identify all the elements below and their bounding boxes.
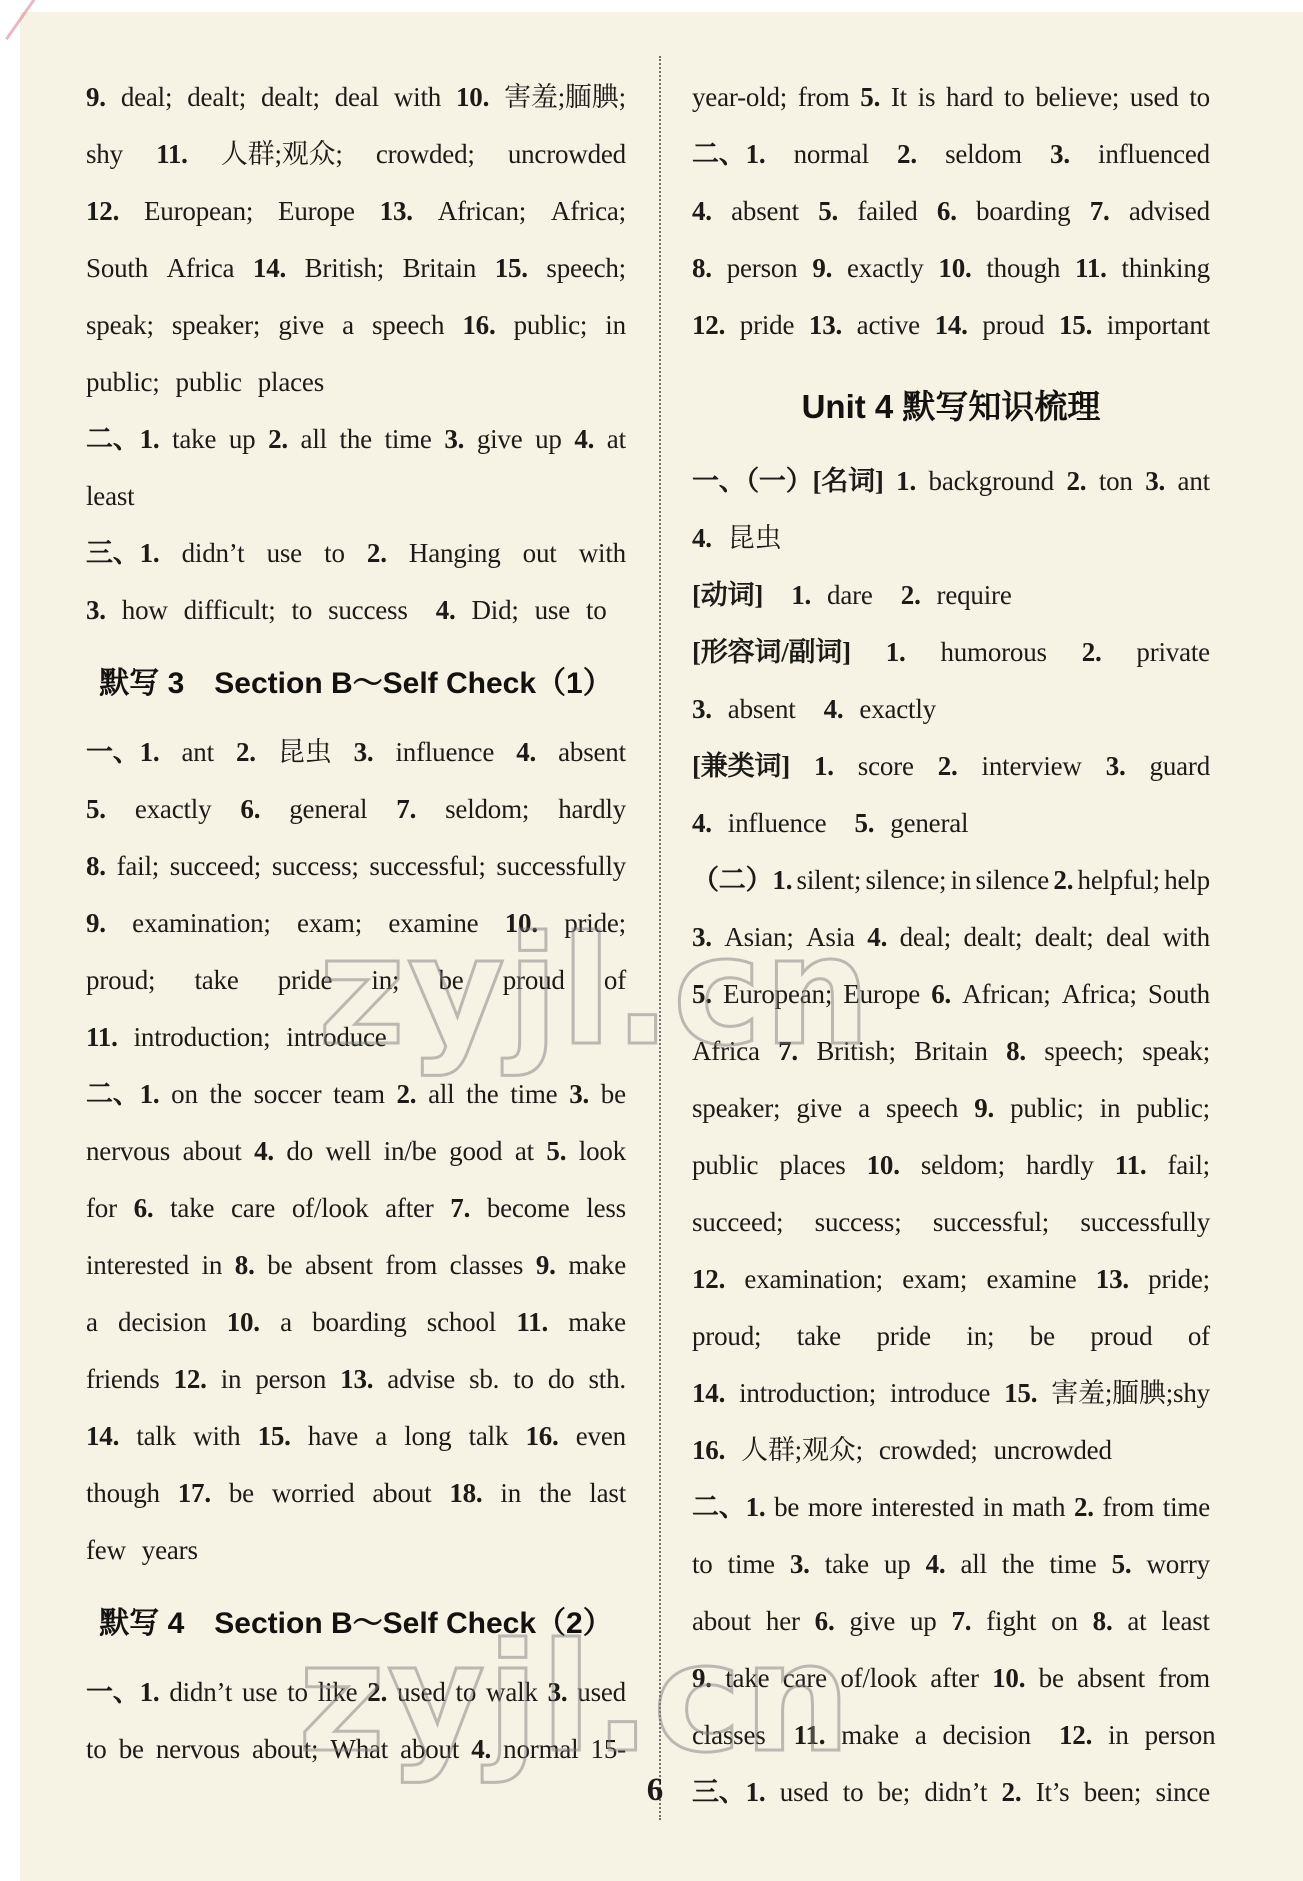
text-line: 9. examination; exam; examine 10. pride;	[86, 895, 626, 952]
word: crowded;	[879, 1435, 978, 1465]
word: active	[857, 297, 920, 354]
word: ant	[182, 724, 214, 781]
word: influence	[395, 724, 494, 781]
word: her	[766, 1593, 800, 1650]
item-number: 12.	[692, 1251, 725, 1308]
word: take	[725, 1650, 769, 1707]
right-column: year-old; from 5. It is hard to believe;…	[692, 69, 1210, 1821]
item-number: 10.	[867, 1137, 900, 1194]
text-line: 8. person 9. exactly 10. though 11. thin…	[692, 240, 1210, 297]
text-line: 14. introduction; introduce 15. 害羞;腼腆;sh…	[692, 1365, 1210, 1422]
item-number: 二、1.	[86, 411, 159, 468]
item-number: 7.	[450, 1180, 470, 1237]
word: Britain	[914, 1023, 988, 1080]
word: give	[796, 1080, 842, 1137]
word: boarding	[976, 183, 1070, 240]
word: seldom;	[921, 1137, 1005, 1194]
word: ton	[1099, 453, 1133, 510]
text-line: shy 11. 人群;观众; crowded; uncrowded	[86, 126, 626, 183]
item-number: 13.	[340, 1351, 373, 1408]
item-number: 11.	[516, 1294, 548, 1351]
item-number: 二、1.	[86, 1066, 159, 1123]
item-number: 16.	[462, 297, 495, 354]
item-number: 8.	[1006, 1023, 1026, 1080]
word: Europe	[843, 966, 920, 1023]
item-number: 1.	[896, 453, 916, 510]
word: private	[1136, 624, 1210, 681]
word: worry	[1146, 1536, 1209, 1593]
word: make	[568, 1237, 626, 1294]
word: all	[428, 1066, 454, 1123]
word: absent	[305, 1237, 373, 1294]
word: pride	[278, 952, 332, 1009]
item-number: 12.	[86, 183, 119, 240]
word: be	[229, 1465, 254, 1522]
word: didn’t	[182, 525, 245, 582]
word: examine	[388, 895, 478, 952]
item-number: 14.	[253, 240, 286, 297]
word: up	[535, 411, 562, 468]
item-number: 5.	[818, 183, 838, 240]
word: hard	[946, 69, 993, 126]
word: be	[1039, 1650, 1064, 1707]
word: person	[1145, 1720, 1216, 1750]
word: the	[340, 411, 372, 468]
word: from	[1158, 1650, 1210, 1707]
item-number: 11.	[1075, 240, 1107, 297]
word: be	[438, 952, 463, 1009]
item-number: 7.	[778, 1023, 798, 1080]
word: absent	[558, 724, 626, 781]
item-number: 2.	[1066, 453, 1086, 510]
word: exactly	[847, 240, 924, 297]
word: be	[267, 1237, 292, 1294]
word: walk	[486, 1664, 538, 1721]
word: speaker;	[172, 297, 260, 354]
word: Africa	[167, 240, 235, 297]
text-line: to time 3. take up 4. all the time 5. wo…	[692, 1536, 1210, 1593]
word: more	[808, 1479, 863, 1536]
item-number: 一、1.	[86, 724, 159, 781]
word: of/look	[292, 1180, 369, 1237]
item-number: 11.	[86, 1022, 118, 1052]
word: up	[910, 1593, 937, 1650]
word: speech	[372, 297, 444, 354]
text-line: few years	[86, 1522, 626, 1579]
word: successful;	[369, 838, 485, 895]
item-number: 3.	[790, 1536, 810, 1593]
item-number: 3.	[569, 1066, 589, 1123]
text-line: 一、1. ant 2. 昆虫 3. influence 4. absent	[86, 724, 626, 781]
text-line: 3. how difficult; to success 4. Did; use…	[86, 582, 626, 639]
text-line: 二、1. be more interested in math 2. from …	[692, 1479, 1210, 1536]
word: exam;	[297, 895, 362, 952]
section-heading: 默写 4 Section B～Self Check（2）	[86, 1595, 626, 1652]
word: deal;	[121, 69, 172, 126]
word: of	[604, 952, 626, 1009]
word: absent	[731, 183, 799, 240]
word: score	[858, 738, 914, 795]
word: make	[841, 1720, 899, 1750]
word: like	[318, 1664, 358, 1721]
item-number: 9.	[86, 895, 106, 952]
word: South	[86, 240, 148, 297]
item-number: [动词]	[692, 580, 763, 610]
word: public;	[514, 297, 588, 354]
word: deal	[1106, 909, 1150, 966]
item-number: 13.	[380, 183, 413, 240]
item-number: 4.	[516, 724, 536, 781]
word: a	[858, 1080, 870, 1137]
text-line: speak; speaker; give a speech 16. public…	[86, 297, 626, 354]
word: look	[579, 1123, 626, 1180]
word: with	[579, 525, 626, 582]
word: nervous	[86, 1123, 170, 1180]
word: succeed;	[170, 838, 261, 895]
text-line: 5. exactly 6. general 7. seldom; hardly	[86, 781, 626, 838]
word: influenced	[1098, 126, 1210, 183]
word: silence;	[865, 852, 946, 909]
item-number: 2.	[367, 525, 387, 582]
word: use	[535, 595, 570, 625]
word: be	[1030, 1308, 1055, 1365]
item-number: 13.	[809, 297, 842, 354]
word: Europe	[278, 183, 355, 240]
word: speak;	[1142, 1023, 1210, 1080]
word: talk	[469, 1408, 509, 1465]
word: be;	[878, 1764, 910, 1821]
word: take	[172, 411, 216, 468]
text-line: 三、1. didn’t use to 2. Hanging out with	[86, 525, 626, 582]
item-number: （二）1.	[692, 852, 792, 909]
word: speaker;	[692, 1080, 780, 1137]
word: care	[231, 1180, 275, 1237]
word: didn’t	[169, 1664, 232, 1721]
word: with	[193, 1408, 240, 1465]
text-line: speaker; give a speech 9. public; in pub…	[692, 1080, 1210, 1137]
word: exactly	[135, 781, 212, 838]
item-number: 3.	[548, 1664, 568, 1721]
word: talk	[136, 1408, 176, 1465]
word: 害羞;腼腆;	[504, 69, 626, 126]
text-line: proud; take pride in; be proud of	[86, 952, 626, 1009]
text-line: 4. absent 5. failed 6. boarding 7. advis…	[692, 183, 1210, 240]
text-line: （二）1. silent; silence; in silence 2. hel…	[692, 852, 1210, 909]
word: take	[797, 1308, 841, 1365]
word: proud	[982, 297, 1044, 354]
word: proud	[503, 952, 565, 1009]
item-number: 10.	[938, 240, 971, 297]
text-line: 一、（一）[名词] 1. background 2. ton 3. ant	[692, 453, 1210, 510]
item-number: 8.	[1093, 1593, 1113, 1650]
word: seldom	[945, 126, 1022, 183]
word: make	[568, 1294, 626, 1351]
item-number: 2.	[1002, 1764, 1022, 1821]
word: from	[385, 1237, 437, 1294]
item-number: [兼类词]	[692, 738, 790, 795]
item-number: 11.	[156, 126, 188, 183]
item-number: 2.	[897, 126, 917, 183]
word: take	[170, 1180, 214, 1237]
text-line: 12. pride 13. active 14. proud 15. impor…	[692, 297, 1210, 354]
word: a	[86, 1294, 98, 1351]
item-number: 9.	[974, 1080, 994, 1137]
item-number: 4.	[692, 808, 712, 838]
word: public	[176, 367, 242, 397]
text-line: least	[86, 468, 626, 525]
word: all	[961, 1536, 987, 1593]
word: influence	[728, 808, 827, 838]
word: require	[937, 580, 1012, 610]
word: 昆虫	[728, 523, 782, 553]
word: It’s	[1036, 1764, 1070, 1821]
item-number: 15.	[1004, 1365, 1037, 1422]
word: Britain	[403, 240, 477, 297]
word: speech;	[1044, 1023, 1124, 1080]
item-number: 8.	[235, 1237, 255, 1294]
text-line: public; public places	[86, 354, 626, 411]
text-line: 4. 昆虫	[692, 510, 1210, 567]
word: the	[466, 1066, 498, 1123]
word: examination;	[744, 1251, 883, 1308]
word: give	[849, 1593, 895, 1650]
word: in	[983, 1479, 1004, 1536]
word: worried	[272, 1465, 355, 1522]
item-number: 4.	[692, 183, 712, 240]
word: background	[929, 453, 1054, 510]
word: examine	[986, 1251, 1076, 1308]
word: speech;	[546, 240, 626, 297]
word: normal	[794, 126, 869, 183]
word: do	[286, 1123, 313, 1180]
item-number: 6.	[134, 1180, 154, 1237]
item-number: 12.	[174, 1351, 207, 1408]
item-number: 4.	[867, 909, 887, 966]
word: classes	[450, 1237, 524, 1294]
word: 人群;观众;	[741, 1435, 863, 1465]
word: at	[607, 411, 626, 468]
word: used	[1130, 69, 1179, 126]
item-number: 3.	[692, 909, 712, 966]
word: about	[400, 1721, 459, 1778]
word: interview	[982, 738, 1082, 795]
word: important	[1107, 297, 1210, 354]
word: the	[539, 1465, 571, 1522]
text-line: though 17. be worried about 18. in the l…	[86, 1465, 626, 1522]
item-number: 3.	[692, 694, 712, 724]
word: exactly	[859, 694, 936, 724]
item-number: 8.	[692, 240, 712, 297]
word: 人群;观众;	[221, 126, 343, 183]
text-line: 二、1. normal 2. seldom 3. influenced	[692, 126, 1210, 183]
item-number: 4.	[574, 411, 594, 468]
word: of	[1188, 1308, 1210, 1365]
item-number: 11.	[1115, 1137, 1147, 1194]
item-number: 4.	[824, 694, 844, 724]
word: Africa;	[551, 183, 626, 240]
word: Asia	[806, 909, 855, 966]
word: introduction;	[739, 1365, 876, 1422]
word: after	[930, 1650, 978, 1707]
word: math	[1012, 1479, 1065, 1536]
word: helpful;	[1078, 852, 1160, 909]
word: become	[487, 1180, 570, 1237]
word: British;	[816, 1023, 895, 1080]
word: absent	[728, 694, 796, 724]
word: Did;	[471, 595, 518, 625]
word: be	[601, 1066, 626, 1123]
text-line: 9. deal; dealt; dealt; deal with 10. 害羞;…	[86, 69, 626, 126]
word: African;	[962, 966, 1050, 1023]
item-number: 2.	[268, 411, 288, 468]
text-line: a decision 10. a boarding school 11. mak…	[86, 1294, 626, 1351]
word: thinking	[1122, 240, 1210, 297]
word: speak;	[86, 297, 154, 354]
word: from	[1102, 1479, 1154, 1536]
item-number: 4.	[692, 523, 712, 553]
word: silence	[976, 852, 1050, 909]
word: deal;	[900, 909, 951, 966]
word: soccer	[254, 1066, 322, 1123]
word: proud;	[86, 952, 155, 1009]
text-line: 16. 人群;观众; crowded; uncrowded	[692, 1422, 1210, 1479]
word: with	[394, 69, 441, 126]
text-line: about her 6. give up 7. fight on 8. at l…	[692, 1593, 1210, 1650]
item-number: 9.	[692, 1650, 712, 1707]
word: places	[258, 367, 324, 397]
word: British;	[305, 240, 384, 297]
item-number: 三、1.	[692, 1764, 765, 1821]
word: humorous	[940, 624, 1046, 681]
word: dealt;	[187, 69, 246, 126]
word: to	[692, 1536, 713, 1593]
word: successfully	[496, 838, 626, 895]
word: introduce	[286, 1022, 386, 1052]
word: used	[780, 1764, 829, 1821]
word: public	[692, 1137, 758, 1194]
item-number: 4.	[471, 1721, 491, 1778]
word: time	[1163, 1479, 1210, 1536]
item-number: 17.	[178, 1465, 211, 1522]
word: about	[372, 1465, 431, 1522]
text-line: 5. European; Europe 6. African; Africa; …	[692, 966, 1210, 1023]
text-line: 二、1. take up 2. all the time 3. give up …	[86, 411, 626, 468]
word: to	[456, 1664, 477, 1721]
word: proud	[1090, 1308, 1152, 1365]
item-number: 5.	[1112, 1536, 1132, 1593]
word: of/look	[840, 1650, 917, 1707]
item-number: 二、1.	[692, 1479, 765, 1536]
word: advise	[387, 1351, 455, 1408]
word: successfully	[1080, 1194, 1210, 1251]
word: classes	[692, 1720, 766, 1750]
word: a	[342, 297, 354, 354]
word: been;	[1084, 1764, 1141, 1821]
word: a	[375, 1408, 387, 1465]
item-number: 三、1.	[86, 525, 159, 582]
word: up	[884, 1536, 911, 1593]
item-number: 15.	[495, 240, 528, 297]
word: nervous	[156, 1721, 240, 1778]
word: out	[523, 525, 557, 582]
word: about;	[252, 1721, 318, 1778]
word: in	[221, 1351, 242, 1408]
word: long	[404, 1408, 451, 1465]
word: take	[825, 1536, 869, 1593]
word: use	[242, 1664, 277, 1721]
item-number: 6.	[937, 183, 957, 240]
section-heading: 默写 3 Section B～Self Check（1）	[86, 655, 626, 712]
word: up	[229, 411, 256, 468]
word: sb.	[469, 1351, 499, 1408]
word: public;	[86, 367, 160, 397]
word: well	[326, 1123, 372, 1180]
word: hardly	[558, 781, 626, 838]
word: uncrowded	[508, 126, 626, 183]
word: used	[397, 1664, 446, 1721]
item-number: 15.	[258, 1408, 291, 1465]
text-line: to be nervous about; What about 4. norma…	[86, 1721, 626, 1778]
word: least	[86, 481, 134, 511]
item-number: 10.	[505, 895, 538, 952]
word: 害羞;腼腆;shy	[1051, 1365, 1210, 1422]
item-number: 4.	[254, 1123, 274, 1180]
word: places	[779, 1137, 845, 1194]
item-number: 6.	[931, 966, 951, 1023]
text-line: succeed; success; successful; successful…	[692, 1194, 1210, 1251]
word: speech	[886, 1080, 958, 1137]
word: to	[86, 1721, 107, 1778]
text-line: 12. examination; exam; examine 13. pride…	[692, 1251, 1210, 1308]
word: decision	[118, 1294, 206, 1351]
word: be	[774, 1479, 799, 1536]
word: absent	[1077, 1650, 1145, 1707]
item-number: 1.	[791, 580, 811, 610]
word: person	[255, 1351, 326, 1408]
item-number: 13.	[1096, 1251, 1129, 1308]
word: boarding	[312, 1294, 406, 1351]
word: introduce	[890, 1365, 990, 1422]
word: few	[86, 1535, 126, 1565]
word: about	[183, 1123, 242, 1180]
text-line: Africa 7. British; Britain 8. speech; sp…	[692, 1023, 1210, 1080]
word: less	[586, 1180, 626, 1237]
item-number: 2.	[1082, 624, 1102, 681]
word: a	[280, 1294, 292, 1351]
item-number: 1.	[814, 738, 834, 795]
word: used	[577, 1664, 626, 1721]
word: is	[918, 69, 936, 126]
word: Africa	[692, 1023, 760, 1080]
text-line: 9. take care of/look after 10. be absent…	[692, 1650, 1210, 1707]
word: team	[333, 1066, 385, 1123]
word: fail;	[117, 838, 159, 895]
word: introduction;	[134, 1022, 271, 1052]
word: to	[1189, 69, 1210, 126]
word: It	[891, 69, 907, 126]
text-line: proud; take pride in; be proud of	[692, 1308, 1210, 1365]
word: person	[727, 240, 798, 297]
text-line: 一、1. didn’t use to like 2. used to walk …	[86, 1664, 626, 1721]
item-number: 11.	[794, 1720, 826, 1750]
word: dealt;	[1035, 909, 1094, 966]
scan-edge-left	[0, 0, 20, 1881]
word: how	[122, 595, 168, 625]
word: normal	[503, 1721, 578, 1778]
text-line: 4. influence 5. general	[692, 795, 1210, 852]
word: in	[1100, 1080, 1121, 1137]
word: from	[798, 69, 850, 126]
